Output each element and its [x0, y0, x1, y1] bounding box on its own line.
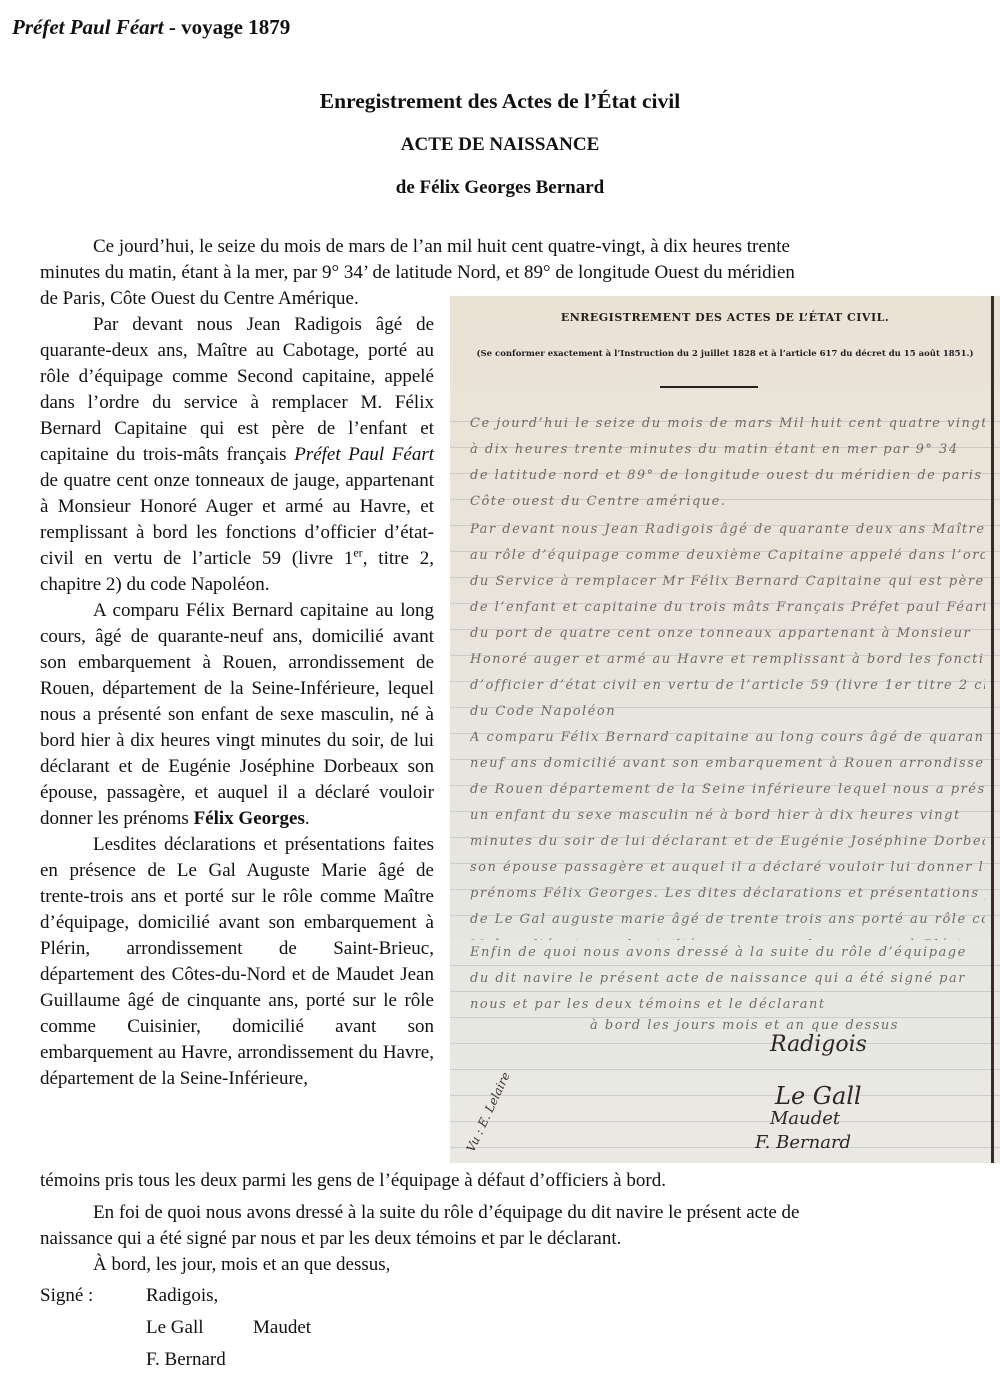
- handwritten-line: Honoré auger et armé au Havre et remplis…: [470, 647, 985, 673]
- act-type-heading: ACTE DE NAISSANCE: [0, 133, 1000, 157]
- signature-maudet: Maudet: [770, 1108, 840, 1129]
- handwritten-line: Ce jourd’hui le seize du mois de mars Mi…: [470, 411, 985, 437]
- scan-printed-subtitle: (Se conformer exactement à l’Instruction…: [450, 349, 1000, 359]
- signature-radigois: Radigois: [770, 1032, 867, 1057]
- scan-divider: [660, 386, 758, 388]
- signature-block-line1: Signé :Radigois,: [40, 1283, 218, 1309]
- handwritten-line: de latitude nord et 89° de longitude oue…: [470, 463, 985, 489]
- signature-block-line3: F. Bernard: [40, 1347, 226, 1373]
- closing-text: témoins pris tous les deux parmi les gen…: [40, 1168, 940, 1278]
- page-header: Préfet Paul Féart - voyage 1879: [12, 14, 290, 40]
- paragraph-officer: Par devant nous Jean Radigois âgé de qua…: [40, 312, 434, 598]
- header-ship-name: Préfet Paul Féart: [12, 15, 164, 39]
- handwritten-line: d’officier d’état civil en vertu de l’ar…: [470, 673, 985, 699]
- scan-signature-area: Enfin de quoi nous avons dressé à la sui…: [450, 940, 1000, 1163]
- intro-line: minutes du matin, étant à la mer, par 9°…: [40, 260, 940, 286]
- handwritten-line: minutes du soir de lui déclarant et de E…: [470, 829, 985, 855]
- handwritten-line: du port de quatre cent onze tonneaux app…: [470, 621, 985, 647]
- handwritten-line: du Service à remplacer Mr Félix Bernard …: [470, 569, 985, 595]
- handwritten-line: de Le Gal auguste marie âgé de trente tr…: [470, 907, 985, 933]
- paragraph-witnesses: Lesdites déclarations et présentations f…: [40, 832, 434, 1092]
- header-voyage: voyage 1879: [181, 15, 290, 39]
- handwritten-line: de Rouen département de la Seine inférie…: [470, 777, 985, 803]
- handwritten-line: à bord les jours mois et an que dessus: [590, 1018, 899, 1033]
- handwritten-line: Enfin de quoi nous avons dressé à la sui…: [470, 940, 985, 966]
- intro-line: Ce jourd’hui, le seize du mois de mars d…: [40, 234, 940, 260]
- scan-printed-title: ENREGISTREMENT DES ACTES DE L’ÉTAT CIVIL…: [450, 311, 1000, 324]
- closing-line: naissance qui a été signé par nous et pa…: [40, 1226, 940, 1252]
- handwritten-line: nous et par les deux témoins et le décla…: [470, 992, 985, 1018]
- handwritten-line: au rôle d’équipage comme deuxième Capita…: [470, 543, 985, 569]
- subject-heading: de Félix Georges Bernard: [0, 176, 1000, 200]
- handwritten-line: prénoms Félix Georges. Les dites déclara…: [470, 881, 985, 907]
- handwritten-line: Côte ouest du Centre amérique.: [470, 489, 985, 515]
- handwritten-line: de l’enfant et capitaine du trois mâts F…: [470, 595, 985, 621]
- header-separator: -: [164, 15, 182, 39]
- handwritten-line: à dix heures trente minutes du matin éta…: [470, 437, 985, 463]
- signatory-legall: Le Gall: [146, 1315, 253, 1341]
- signed-label: Signé :: [40, 1283, 146, 1309]
- signatory-bernard: F. Bernard: [146, 1349, 226, 1370]
- ship-name-italic: Préfet Paul Féart: [294, 444, 434, 465]
- signature-block-line2: Le GallMaudet: [40, 1315, 311, 1341]
- handwritten-line: du Code Napoléon: [470, 699, 985, 725]
- handwritten-line: Par devant nous Jean Radigois âgé de qua…: [470, 517, 985, 543]
- given-names-bold: Félix Georges: [194, 808, 305, 829]
- signature-legall: Le Gall: [775, 1082, 862, 1110]
- handwritten-line: son épouse passagère et auquel il a décl…: [470, 855, 985, 881]
- document-title: Enregistrement des Actes de l’État civil: [0, 88, 1000, 114]
- handwritten-line: A comparu Félix Bernard capitaine au lon…: [470, 725, 985, 751]
- transcription-column: Par devant nous Jean Radigois âgé de qua…: [40, 312, 434, 1092]
- signatory-radigois: Radigois,: [146, 1285, 218, 1306]
- handwritten-line: neuf ans domicilié avant son embarquemen…: [470, 751, 985, 777]
- register-binding: [991, 940, 994, 1163]
- closing-line: À bord, les jour, mois et an que dessus,: [40, 1252, 940, 1278]
- closing-line: témoins pris tous les deux parmi les gen…: [40, 1168, 940, 1194]
- handwritten-line: un enfant du sexe masculin né à bord hie…: [470, 803, 985, 829]
- signatory-maudet: Maudet: [253, 1317, 311, 1338]
- signature-bernard: F. Bernard: [755, 1132, 851, 1153]
- closing-line: En foi de quoi nous avons dressé à la su…: [40, 1200, 940, 1226]
- handwritten-line: du dit navire le présent acte de naissan…: [470, 966, 985, 992]
- paragraph-declarant: A comparu Félix Bernard capitaine au lon…: [40, 598, 434, 832]
